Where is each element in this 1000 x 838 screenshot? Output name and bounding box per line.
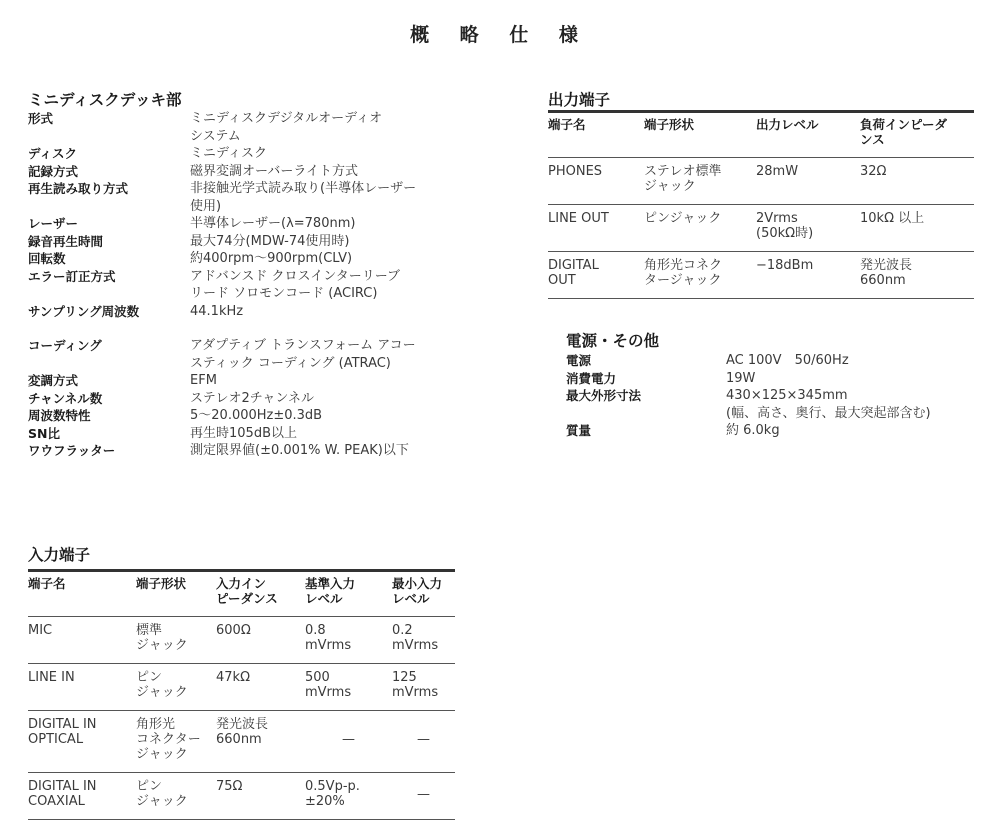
spec-value: 再生時105dB以上 xyxy=(190,425,297,443)
table-header-row: 端子名 端子形状 入力イン ピーダンス 基準入力 レベル 最小入力 レベル xyxy=(28,571,455,617)
deck-section-title: ミニディスクデッキ部 xyxy=(28,88,181,110)
spec-value: 44.1kHz xyxy=(190,303,243,321)
table-cell: 600Ω xyxy=(216,617,305,664)
power-section-title: 電源・その他 xyxy=(566,329,659,351)
spec-label: エラー訂正方式 xyxy=(28,268,190,303)
spec-row: チャンネル数ステレオ2チャンネル xyxy=(28,390,468,408)
spec-label: ディスク xyxy=(28,145,190,163)
spec-row: 変調方式EFM xyxy=(28,372,468,390)
table-cell: — xyxy=(392,711,455,773)
spec-row: 電源AC 100V 50/60Hz xyxy=(566,352,986,370)
spec-row: 回転数約400rpm〜900rpm(CLV) xyxy=(28,250,468,268)
spec-label: 電源 xyxy=(566,352,726,370)
inputs-section-title: 入力端子 xyxy=(28,543,90,565)
spec-row: 再生読み取り方式非接触光学式読み取り(半導体レーザー 使用) xyxy=(28,180,468,215)
spec-value: 最大74分(MDW-74使用時) xyxy=(190,233,349,251)
table-row: MIC 標準 ジャック 600Ω 0.8 mVrms 0.2 mVrms xyxy=(28,617,455,664)
spec-label: レーザー xyxy=(28,215,190,233)
spec-value: ミニディスクデジタルオーディオ システム xyxy=(190,110,382,145)
spec-label: SN比 xyxy=(28,425,190,443)
table-row: PHONES ステレオ標準 ジャック 28mW 32Ω xyxy=(548,158,974,205)
page-title: 概 略 仕 様 xyxy=(0,20,1000,47)
outputs-table: 端子名 端子形状 出力レベル 負荷インピーダ ンス PHONES ステレオ標準 … xyxy=(548,110,974,299)
spec-label: 最大外形寸法 xyxy=(566,387,726,422)
spec-label: 形式 xyxy=(28,110,190,145)
column-header: 入力イン ピーダンス xyxy=(216,571,305,617)
spec-value: 約400rpm〜900rpm(CLV) xyxy=(190,250,352,268)
table-cell: 28mW xyxy=(756,158,860,205)
table-cell: — xyxy=(392,773,455,820)
table-cell: ピンジャック xyxy=(644,205,756,252)
spec-row: エラー訂正方式アドバンスド クロスインターリーブ リード ソロモンコード (AC… xyxy=(28,268,468,303)
spec-row: 最大外形寸法430×125×345mm (幅、高さ、奥行、最大突起部含む) xyxy=(566,387,986,422)
column-header: 端子形状 xyxy=(644,112,756,158)
table-cell: 発光波長 660nm xyxy=(216,711,305,773)
table-cell: 角形光コネク タージャック xyxy=(644,252,756,299)
spec-row: 記録方式磁界変調オーバーライト方式 xyxy=(28,163,468,181)
table-cell: 32Ω xyxy=(860,158,974,205)
spec-value: 測定限界値(±0.001% W. PEAK)以下 xyxy=(190,442,409,460)
spec-row: 録音再生時間最大74分(MDW-74使用時) xyxy=(28,233,468,251)
table-row: DIGITAL OUT 角形光コネク タージャック −18dBm 発光波長 66… xyxy=(548,252,974,299)
spec-label: 記録方式 xyxy=(28,163,190,181)
table-row: DIGITAL IN OPTICAL 角形光 コネクター ジャック 発光波長 6… xyxy=(28,711,455,773)
spec-value: 19W xyxy=(726,370,755,388)
spec-label: 消費電力 xyxy=(566,370,726,388)
spec-label: 回転数 xyxy=(28,250,190,268)
spec-row: コーディングアダプティブ トランスフォーム アコー スティック コーディング (… xyxy=(28,337,468,372)
table-cell: PHONES xyxy=(548,158,644,205)
spec-row: ワウフラッター測定限界値(±0.001% W. PEAK)以下 xyxy=(28,442,468,460)
spec-value: 5〜20.000Hz±0.3dB xyxy=(190,407,322,425)
spec-label: 質量 xyxy=(566,422,726,440)
deck-spec-list: 形式ミニディスクデジタルオーディオ システム ディスクミニディスク 記録方式磁界… xyxy=(28,110,468,460)
table-cell: 2Vrms (50kΩ時) xyxy=(756,205,860,252)
table-cell: ピン ジャック xyxy=(136,773,216,820)
spacer xyxy=(28,320,468,337)
table-cell: 10kΩ 以上 xyxy=(860,205,974,252)
spec-label: 変調方式 xyxy=(28,372,190,390)
table-cell: ピン ジャック xyxy=(136,664,216,711)
inputs-table: 端子名 端子形状 入力イン ピーダンス 基準入力 レベル 最小入力 レベル MI… xyxy=(28,569,455,820)
table-cell: DIGITAL IN COAXIAL xyxy=(28,773,136,820)
table-cell: ステレオ標準 ジャック xyxy=(644,158,756,205)
spec-value: アドバンスド クロスインターリーブ リード ソロモンコード (ACIRC) xyxy=(190,268,400,303)
spec-row: SN比再生時105dB以上 xyxy=(28,425,468,443)
table-row: DIGITAL IN COAXIAL ピン ジャック 75Ω 0.5Vp-p. … xyxy=(28,773,455,820)
spec-label: サンプリング周波数 xyxy=(28,303,190,321)
table-header-row: 端子名 端子形状 出力レベル 負荷インピーダ ンス xyxy=(548,112,974,158)
column-header: 出力レベル xyxy=(756,112,860,158)
spec-label: コーディング xyxy=(28,337,190,372)
spec-row: 周波数特性5〜20.000Hz±0.3dB xyxy=(28,407,468,425)
spec-value: 約 6.0kg xyxy=(726,422,780,440)
table-cell: 125 mVrms xyxy=(392,664,455,711)
spec-row: 形式ミニディスクデジタルオーディオ システム xyxy=(28,110,468,145)
table-cell: DIGITAL OUT xyxy=(548,252,644,299)
power-spec-list: 電源AC 100V 50/60Hz 消費電力19W 最大外形寸法430×125×… xyxy=(566,352,986,440)
table-row: LINE OUT ピンジャック 2Vrms (50kΩ時) 10kΩ 以上 xyxy=(548,205,974,252)
spec-label: ワウフラッター xyxy=(28,442,190,460)
table-cell: — xyxy=(305,711,392,773)
column-header: 端子名 xyxy=(28,571,136,617)
spec-value: ステレオ2チャンネル xyxy=(190,390,314,408)
table-cell: 75Ω xyxy=(216,773,305,820)
table-cell: 標準 ジャック xyxy=(136,617,216,664)
column-header: 最小入力 レベル xyxy=(392,571,455,617)
table-cell: 47kΩ xyxy=(216,664,305,711)
spec-value: 非接触光学式読み取り(半導体レーザー 使用) xyxy=(190,180,416,215)
spec-value: アダプティブ トランスフォーム アコー スティック コーディング (ATRAC) xyxy=(190,337,416,372)
spec-label: 再生読み取り方式 xyxy=(28,180,190,215)
spec-value: ミニディスク xyxy=(190,145,267,163)
table-cell: 500 mVrms xyxy=(305,664,392,711)
table-cell: DIGITAL IN OPTICAL xyxy=(28,711,136,773)
spec-value: 磁界変調オーバーライト方式 xyxy=(190,163,358,181)
table-cell: 0.8 mVrms xyxy=(305,617,392,664)
spec-row: 質量約 6.0kg xyxy=(566,422,986,440)
column-header: 端子形状 xyxy=(136,571,216,617)
table-cell: LINE OUT xyxy=(548,205,644,252)
outputs-section-title: 出力端子 xyxy=(548,88,610,110)
spec-label: チャンネル数 xyxy=(28,390,190,408)
column-header: 端子名 xyxy=(548,112,644,158)
spec-label: 録音再生時間 xyxy=(28,233,190,251)
table-cell: −18dBm xyxy=(756,252,860,299)
spec-value: EFM xyxy=(190,372,217,390)
table-cell: 角形光 コネクター ジャック xyxy=(136,711,216,773)
table-cell: LINE IN xyxy=(28,664,136,711)
table-cell: 0.2 mVrms xyxy=(392,617,455,664)
spec-row: ディスクミニディスク xyxy=(28,145,468,163)
spec-row: 消費電力19W xyxy=(566,370,986,388)
table-row: LINE IN ピン ジャック 47kΩ 500 mVrms 125 mVrms xyxy=(28,664,455,711)
table-cell: 0.5Vp-p. ±20% xyxy=(305,773,392,820)
spec-label: 周波数特性 xyxy=(28,407,190,425)
spec-value: 430×125×345mm (幅、高さ、奥行、最大突起部含む) xyxy=(726,387,931,422)
table-cell: MIC xyxy=(28,617,136,664)
column-header: 基準入力 レベル xyxy=(305,571,392,617)
spec-value: 半導体レーザー(λ=780nm) xyxy=(190,215,355,233)
spec-row: レーザー半導体レーザー(λ=780nm) xyxy=(28,215,468,233)
column-header: 負荷インピーダ ンス xyxy=(860,112,974,158)
table-cell: 発光波長 660nm xyxy=(860,252,974,299)
spec-row: サンプリング周波数44.1kHz xyxy=(28,303,468,321)
spec-value: AC 100V 50/60Hz xyxy=(726,352,849,370)
